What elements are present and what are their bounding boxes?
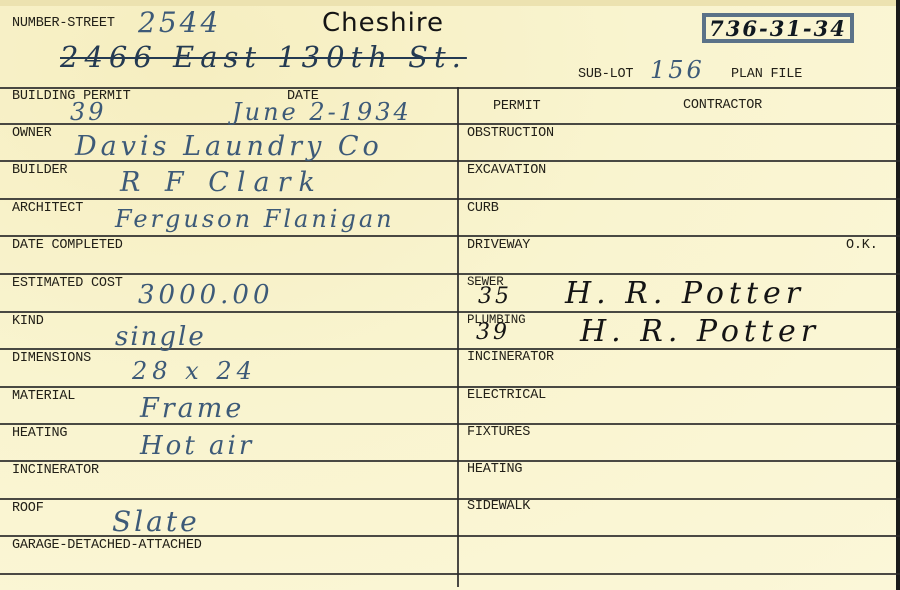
heating-value: Hot air <box>140 431 254 461</box>
rule-line <box>0 386 900 388</box>
sub-lot-value: 156 <box>650 56 705 84</box>
heating-label: HEATING <box>12 426 67 441</box>
dimensions-label: DIMENSIONS <box>12 351 91 366</box>
card-top-edge <box>0 0 900 6</box>
owner-value: Davis Laundry Co <box>75 131 383 162</box>
permit-card: NUMBER-STREET 2544 Cheshire 2466 East 13… <box>0 0 900 590</box>
curb-label: CURB <box>467 201 499 216</box>
number-new: 2544 <box>138 6 221 39</box>
roof-label: ROOF <box>12 501 44 516</box>
rule-line <box>0 498 900 500</box>
builder-value: R F Clark <box>120 167 323 198</box>
rule-line <box>0 460 900 462</box>
estimated-cost-value: 3000.00 <box>138 280 274 310</box>
driveway-label: DRIVEWAY <box>467 238 530 253</box>
garage-label: GARAGE-DETACHED-ATTACHED <box>12 538 202 553</box>
rule-line <box>0 273 900 275</box>
architect-label: ARCHITECT <box>12 201 83 216</box>
date-value: June 2-1934 <box>232 98 412 126</box>
fixtures-label: FIXTURES <box>467 425 530 440</box>
kind-value: single <box>115 322 206 352</box>
sewer-contractor: H. R. Potter <box>565 276 805 311</box>
sewer-permit: 35 <box>478 284 512 309</box>
obstruction-label: OBSTRUCTION <box>467 126 554 141</box>
date-completed-label: DATE COMPLETED <box>12 238 123 253</box>
old-address-struck: 2466 East 130th St. <box>60 40 467 74</box>
plumbing-permit: 39 <box>476 320 510 345</box>
driveway-ok-note: O.K. <box>846 238 878 253</box>
excavation-label: EXCAVATION <box>467 163 546 178</box>
plumbing-contractor: H. R. Potter <box>580 314 820 349</box>
electrical-label: ELECTRICAL <box>467 388 546 403</box>
incinerator-label: INCINERATOR <box>12 463 99 478</box>
kind-label: KIND <box>12 314 44 329</box>
sidewalk-label: SIDEWALK <box>467 499 530 514</box>
rule-line <box>0 235 900 237</box>
plan-file-label: PLAN FILE <box>731 67 802 82</box>
roof-value: Slate <box>112 505 200 538</box>
rule-line <box>0 87 900 89</box>
rule-line <box>0 573 900 575</box>
heating-permit-label: HEATING <box>467 462 522 477</box>
permit-header: PERMIT <box>493 99 540 114</box>
estimated-cost-label: ESTIMATED COST <box>12 276 123 291</box>
contractor-header: CONTRACTOR <box>683 98 762 113</box>
file-number-stamp: 736-31-34 <box>702 13 854 43</box>
builder-label: BUILDER <box>12 163 67 178</box>
street-new: Cheshire <box>322 8 444 38</box>
sub-lot-label: SUB-LOT <box>578 67 633 82</box>
owner-label: OWNER <box>12 126 52 141</box>
number-street-label: NUMBER-STREET <box>12 16 115 31</box>
rule-line <box>0 311 900 313</box>
rule-line <box>0 198 900 200</box>
column-divider <box>457 87 459 587</box>
incinerator-permit-label: INCINERATOR <box>467 350 554 365</box>
stamp-number: 736-31-34 <box>709 16 847 41</box>
building-permit-value: 39 <box>70 98 107 126</box>
rule-line <box>0 123 900 125</box>
dimensions-value: 28 x 24 <box>132 357 257 385</box>
material-value: Frame <box>140 393 244 424</box>
architect-value: Ferguson Flanigan <box>115 205 395 233</box>
material-label: MATERIAL <box>12 389 75 404</box>
rule-line <box>0 423 900 425</box>
